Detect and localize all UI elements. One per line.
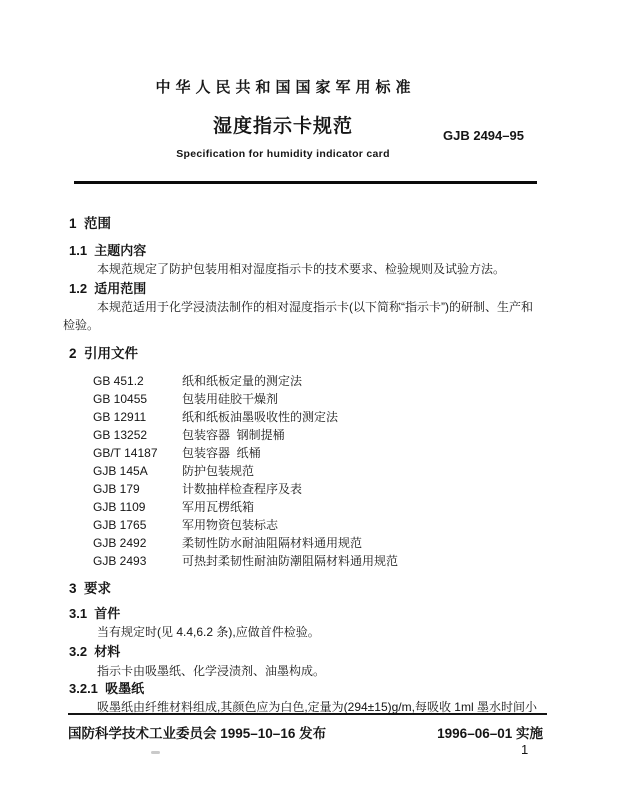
document-body: 1 范围 1.1 主题内容 本规范规定了防护包装用相对湿度指示卡的技术要求、检验…: [63, 215, 541, 716]
reference-item: GB 13252包装容器 钢制提桶: [93, 426, 541, 444]
reference-item: GJB 179计数抽样检查程序及表: [93, 480, 541, 498]
reference-code: GJB 1109: [93, 498, 182, 516]
reference-code: GB 451.2: [93, 372, 182, 390]
reference-item: GJB 1765军用物资包装标志: [93, 516, 541, 534]
section-3-heading: 3 要求: [69, 580, 541, 598]
reference-code: GB 13252: [93, 426, 182, 444]
implementation-date: 1996–06–01 实施: [437, 722, 543, 742]
section-3-2-heading: 3.2 材料: [69, 643, 541, 661]
reference-title: 包装容器 纸桶: [182, 444, 261, 462]
reference-title: 军用瓦楞纸箱: [182, 498, 254, 516]
reference-title: 防护包装规范: [182, 462, 254, 480]
section-1-1-heading: 1.1 主题内容: [69, 242, 541, 260]
section-3-1-paragraph: 当有规定时(见 4.4,6.2 条),应做首件检验。: [63, 623, 541, 641]
header-divider-rule: [74, 181, 537, 184]
section-1-2-paragraph: 本规范适用于化学浸渍法制作的相对湿度指示卡(以下简称“指示卡”)的研制、生产和检…: [63, 298, 541, 334]
reference-title: 军用物资包装标志: [182, 516, 278, 534]
reference-item: GB/T 14187包装容器 纸桶: [93, 444, 541, 462]
document-title-cn: 湿度指示卡规范: [63, 111, 503, 138]
section-1-1-paragraph: 本规范规定了防护包装用相对湿度指示卡的技术要求、检验规则及试验方法。: [63, 260, 541, 278]
section-3-1-heading: 3.1 首件: [69, 605, 541, 623]
page-content: 中华人民共和国国家军用标准 湿度指示卡规范 GJB 2494–95 Specif…: [63, 0, 541, 790]
reference-item: GB 12911纸和纸板油墨吸收性的测定法: [93, 408, 541, 426]
reference-code: GB 12911: [93, 408, 182, 426]
reference-title: 包装用硅胶干燥剂: [182, 390, 278, 408]
reference-code: GJB 1765: [93, 516, 182, 534]
reference-title: 计数抽样检查程序及表: [182, 480, 302, 498]
reference-title: 柔韧性防水耐油阻隔材料通用规范: [182, 534, 362, 552]
reference-code: GB/T 14187: [93, 444, 182, 462]
reference-code: GJB 179: [93, 480, 182, 498]
reference-code: GJB 145A: [93, 462, 182, 480]
reference-item: GJB 2492柔韧性防水耐油阻隔材料通用规范: [93, 534, 541, 552]
section-2-heading: 2 引用文件: [69, 345, 541, 363]
page-number: 1: [521, 742, 528, 757]
reference-title: 可热封柔韧性耐油防潮阻隔材料通用规范: [182, 552, 398, 570]
footer-divider-rule: [68, 713, 547, 715]
issuer-and-issue-date: 国防科学技术工业委员会 1995–10–16 发布: [68, 722, 326, 742]
standard-number: GJB 2494–95: [443, 128, 524, 143]
standard-type-heading: 中华人民共和国国家军用标准: [63, 76, 503, 97]
reference-code: GB 10455: [93, 390, 182, 408]
reference-item: GJB 2493可热封柔韧性耐油防潮阻隔材料通用规范: [93, 552, 541, 570]
reference-code: GJB 2493: [93, 552, 182, 570]
section-1-2-heading: 1.2 适用范围: [69, 280, 541, 298]
section-3-2-1-heading: 3.2.1 吸墨纸: [69, 680, 541, 698]
scan-artifact: [151, 751, 160, 754]
document-page: 中华人民共和国国家军用标准 湿度指示卡规范 GJB 2494–95 Specif…: [0, 0, 626, 790]
reference-list: GB 451.2纸和纸板定量的测定法 GB 10455包装用硅胶干燥剂 GB 1…: [63, 372, 541, 570]
reference-title: 包装容器 钢制提桶: [182, 426, 285, 444]
document-title-en: Specification for humidity indicator car…: [63, 148, 503, 160]
reference-code: GJB 2492: [93, 534, 182, 552]
reference-title: 纸和纸板定量的测定法: [182, 372, 302, 390]
reference-item: GJB 145A防护包装规范: [93, 462, 541, 480]
section-3-2-paragraph: 指示卡由吸墨纸、化学浸渍剂、油墨构成。: [63, 662, 541, 680]
reference-title: 纸和纸板油墨吸收性的测定法: [182, 408, 338, 426]
reference-item: GB 10455包装用硅胶干燥剂: [93, 390, 541, 408]
reference-item: GB 451.2纸和纸板定量的测定法: [93, 372, 541, 390]
reference-item: GJB 1109军用瓦楞纸箱: [93, 498, 541, 516]
section-1-heading: 1 范围: [69, 215, 541, 233]
